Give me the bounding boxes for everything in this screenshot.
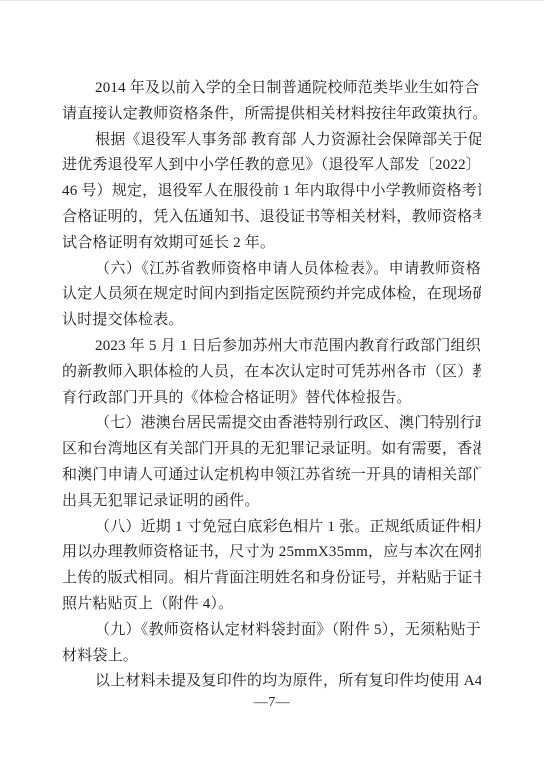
text-line: 出具无犯罪记录证明的函件。	[62, 489, 481, 515]
text-line: 区和台湾地区有关部门开具的无犯罪记录证明。如有需要，香港	[62, 437, 481, 463]
text-line: 请直接认定教师资格条件，所需提供相关材料按往年政策执行。	[62, 102, 481, 128]
text-line: 育行政部门开具的《体检合格证明》替代体检报告。	[62, 386, 481, 412]
text-line: 的新教师入职体检的人员，在本次认定时可凭苏州各市（区）教	[62, 360, 481, 386]
text-line: 46 号）规定，退役军人在服役前 1 年内取得中小学教师资格考试	[62, 179, 481, 205]
text-line: （九）《教师资格认定材料袋封面》（附件 5），无须粘贴于	[62, 618, 481, 644]
text-line: 进优秀退役军人到中小学任教的意见》（退役军人部发〔2022〕	[62, 153, 481, 179]
text-line: 和澳门申请人可通过认定机构申领江苏省统一开具的请相关部门	[62, 463, 481, 489]
text-line: 认时提交体检表。	[62, 308, 481, 334]
text-line: （七）港澳台居民需提交由香港特别行政区、澳门特别行政	[62, 411, 481, 437]
text-line: 合格证明的，凭入伍通知书、退役证书等相关材料，教师资格考	[62, 205, 481, 231]
document-page: 2014 年及以前入学的全日制普通院校师范类毕业生如符合申请直接认定教师资格条件…	[0, 0, 544, 769]
text-line: 认定人员须在规定时间内到指定医院预约并完成体检，在现场确	[62, 282, 481, 308]
text-line: （八）近期 1 寸免冠白底彩色相片 1 张。正规纸质证件相片，	[62, 515, 481, 541]
text-line: 用以办理教师资格证书，尺寸为 25mmX35mm，应与本次在网报系统	[62, 540, 481, 566]
text-line: 根据《退役军人事务部 教育部 人力资源社会保障部关于促	[62, 128, 481, 154]
text-line: 2023 年 5 月 1 日后参加苏州大市范围内教育行政部门组织	[62, 334, 481, 360]
text-line: 材料袋上。	[62, 644, 481, 670]
scan-edge-artifact	[0, 0, 544, 1]
text-line: 试合格证明有效期可延长 2 年。	[62, 231, 481, 257]
text-line: 2014 年及以前入学的全日制普通院校师范类毕业生如符合申	[62, 76, 481, 102]
text-line: 照片粘贴页上（附件 4）。	[62, 592, 481, 618]
document-body: 2014 年及以前入学的全日制普通院校师范类毕业生如符合申请直接认定教师资格条件…	[62, 76, 481, 695]
text-line: 上传的版式相同。相片背面注明姓名和身份证号，并粘贴于证书	[62, 566, 481, 592]
page-number: —7—	[0, 690, 544, 716]
text-line: （六）《江苏省教师资格申请人员体检表》。申请教师资格	[62, 257, 481, 283]
